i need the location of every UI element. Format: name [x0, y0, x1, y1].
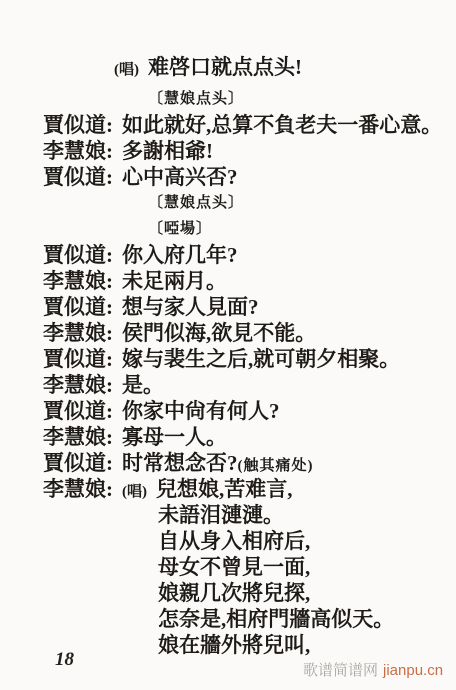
dialogue-line: 賈似道:想与家人見面?: [0, 294, 456, 320]
speaker-name: 李慧娘:: [43, 372, 122, 398]
sing-marker: (唱): [122, 484, 147, 500]
dialogue-text: 你入府几年?: [122, 243, 238, 267]
sing-marker: (唱): [114, 62, 139, 78]
stage-direction: 〔慧娘点头〕: [0, 190, 456, 216]
speaker-name: 李慧娘:: [43, 476, 122, 502]
verse-line: 母女不曾見一面,: [0, 554, 456, 580]
script-body: (唱)难啓口就点点头! 〔慧娘点头〕 賈似道:如此就好,总算不負老夫一番心意。 …: [0, 54, 456, 658]
dialogue-line: 李慧娘:多謝相爺!: [0, 138, 456, 164]
watermark: 歌谱简谱网jianpu.cn: [303, 659, 443, 680]
speaker-name: 賈似道:: [43, 164, 122, 190]
stage-text: 〔慧娘点头〕: [148, 195, 244, 211]
speaker-name: 李慧娘:: [43, 268, 122, 294]
dialogue-text: 侯門似海,欲見不能。: [122, 321, 316, 345]
speaker-name: 賈似道:: [43, 294, 122, 320]
dialogue-song-line: 李慧娘:(唱)兒想娘,苦难言,: [0, 476, 456, 502]
stage-note: (触其痛处): [238, 458, 314, 474]
dialogue-line: 賈似道:嫁与裴生之后,就可朝夕相聚。: [0, 346, 456, 372]
dialogue-text: 是。: [122, 373, 164, 397]
song-line: (唱)难啓口就点点头!: [0, 54, 456, 86]
dialogue-line: 李慧娘:侯門似海,欲見不能。: [0, 320, 456, 346]
stage-text: 〔啞場〕: [148, 221, 212, 237]
verse-line: 自从身入相府后,: [0, 528, 456, 554]
speaker-name: 李慧娘:: [43, 424, 122, 450]
speaker-name: 賈似道:: [43, 450, 122, 476]
dialogue-text: 如此就好,总算不負老夫一番心意。: [122, 113, 442, 137]
speaker-name: 李慧娘:: [43, 138, 122, 164]
verse-text: 娘在牆外將兒叫,: [158, 633, 310, 657]
dialogue-line: 賈似道:心中高兴否?: [0, 164, 456, 190]
watermark-site-name: 歌谱简谱网: [303, 662, 378, 679]
dialogue-text: 想与家人見面?: [122, 295, 259, 319]
dialogue-line: 李慧娘:未足兩月。: [0, 268, 456, 294]
song-text: 难啓口就点点头!: [148, 55, 302, 79]
dialogue-text: 嫁与裴生之后,就可朝夕相聚。: [122, 347, 400, 371]
verse-text: 娘親几次將兒探,: [158, 581, 310, 605]
dialogue-line: 李慧娘:寡母一人。: [0, 424, 456, 450]
speaker-name: 賈似道:: [43, 346, 122, 372]
speaker-name: 賈似道:: [43, 398, 122, 424]
page-number: 18: [55, 649, 74, 671]
verse-line: 怎奈是,相府門牆高似天。: [0, 606, 456, 632]
watermark-site-url: jianpu.cn: [383, 662, 443, 679]
dialogue-text: 多謝相爺!: [122, 139, 213, 163]
speaker-name: 李慧娘:: [43, 320, 122, 346]
verse-line: 娘親几次將兒探,: [0, 580, 456, 606]
dialogue-text: 心中高兴否?: [122, 165, 238, 189]
song-text: 兒想娘,苦难言,: [156, 477, 293, 501]
dialogue-line: 賈似道:时常想念否?(触其痛处): [0, 450, 456, 476]
dialogue-text: 你家中尙有何人?: [122, 399, 280, 423]
dialogue-line: 賈似道:你入府几年?: [0, 242, 456, 268]
stage-direction: 〔啞場〕: [0, 216, 456, 242]
dialogue-line: 李慧娘:是。: [0, 372, 456, 398]
stage-text: 〔慧娘点头〕: [148, 91, 244, 107]
script-page: (唱)难啓口就点点头! 〔慧娘点头〕 賈似道:如此就好,总算不負老夫一番心意。 …: [0, 0, 456, 690]
verse-text: 自从身入相府后,: [158, 529, 310, 553]
verse-text: 未語泪漣漣。: [158, 503, 284, 527]
verse-line: 未語泪漣漣。: [0, 502, 456, 528]
speaker-name: 賈似道:: [43, 242, 122, 268]
dialogue-text: 时常想念否?: [122, 451, 238, 475]
dialogue-text: 寡母一人。: [122, 425, 227, 449]
dialogue-line: 賈似道:如此就好,总算不負老夫一番心意。: [0, 112, 456, 138]
speaker-name: 賈似道:: [43, 112, 122, 138]
dialogue-text: 未足兩月。: [122, 269, 227, 293]
verse-text: 母女不曾見一面,: [158, 555, 310, 579]
stage-direction: 〔慧娘点头〕: [0, 86, 456, 112]
dialogue-line: 賈似道:你家中尙有何人?: [0, 398, 456, 424]
verse-text: 怎奈是,相府門牆高似天。: [158, 607, 394, 631]
